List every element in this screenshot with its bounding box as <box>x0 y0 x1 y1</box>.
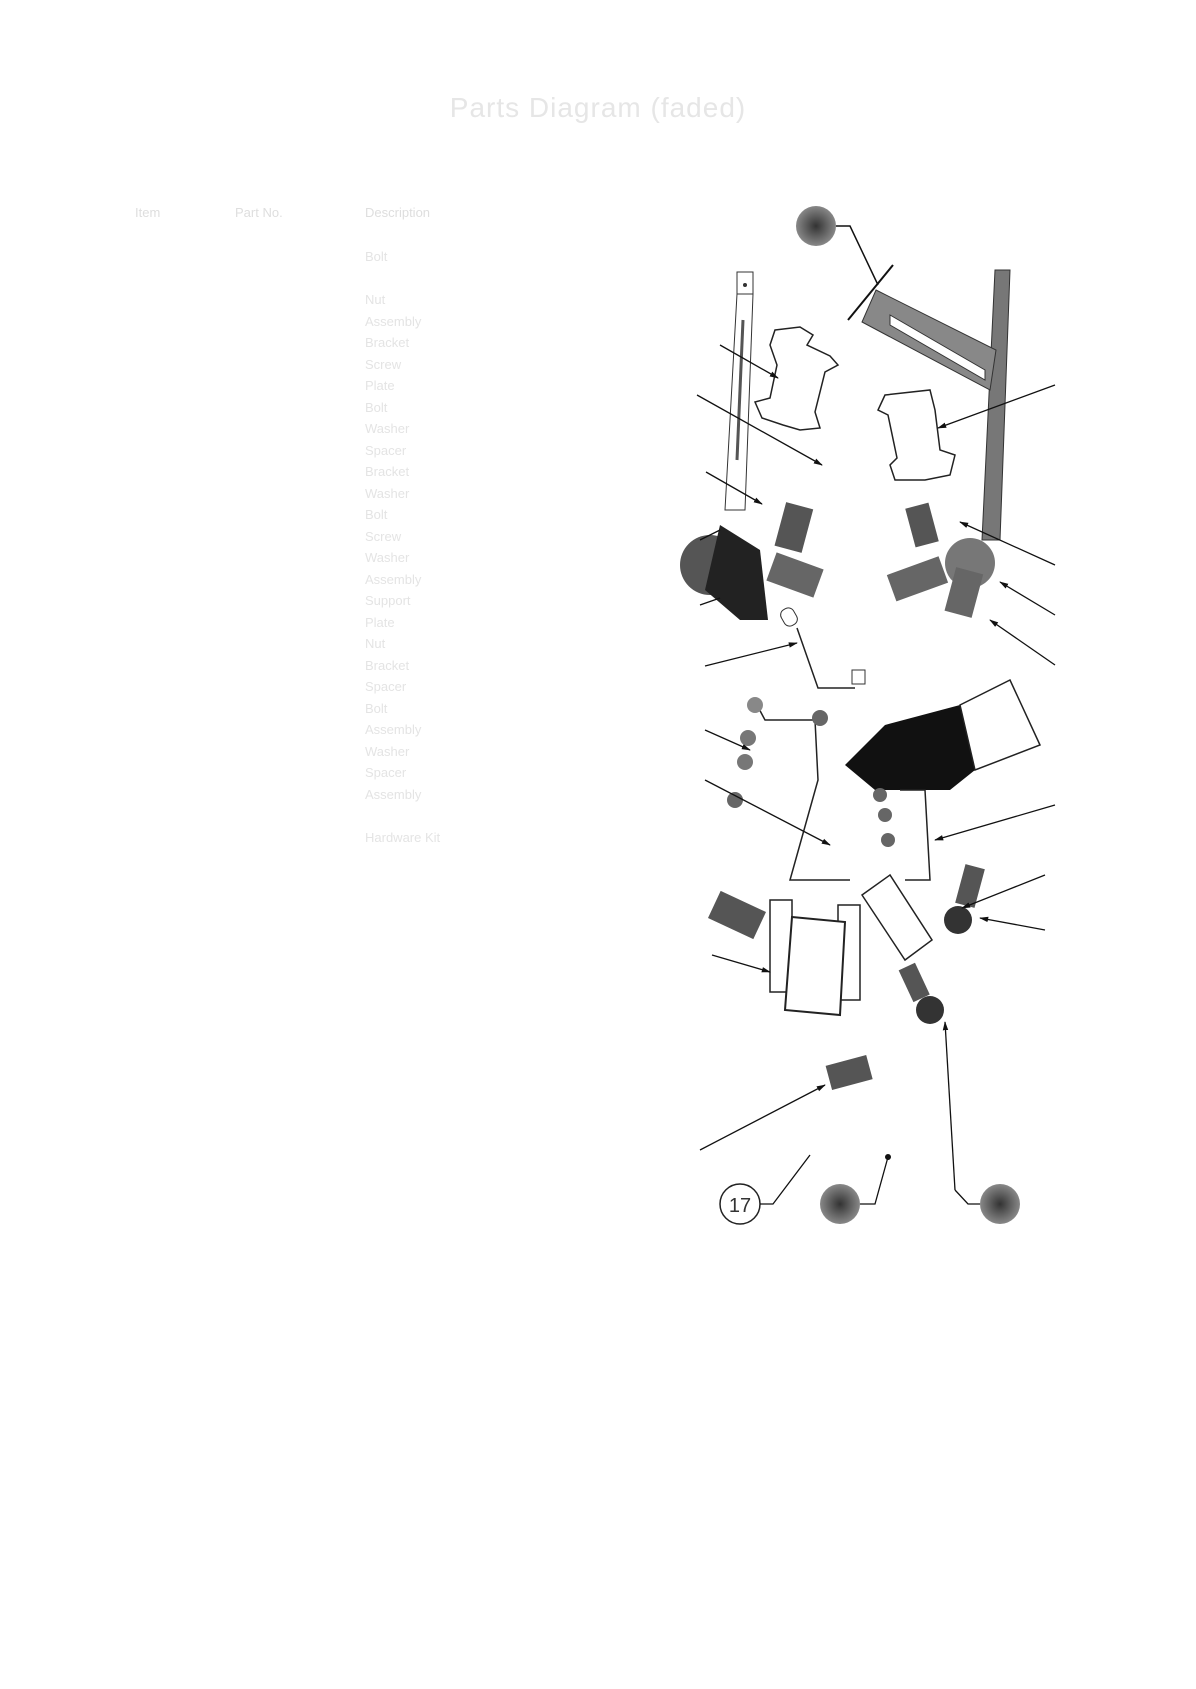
part-number <box>235 741 365 763</box>
quantity <box>575 569 635 591</box>
part-number <box>235 289 365 311</box>
description: Assembly <box>365 311 575 333</box>
part-number <box>235 612 365 634</box>
description: Spacer <box>365 440 575 462</box>
part-number <box>235 547 365 569</box>
part-number <box>235 526 365 548</box>
part-number <box>235 784 365 806</box>
quantity <box>575 375 635 397</box>
callout-balloon-top <box>796 206 878 285</box>
table-row: Bolt <box>135 504 635 526</box>
description <box>365 805 575 827</box>
part-number <box>235 827 365 849</box>
fitting-right <box>944 864 985 934</box>
table-row: Spacer <box>135 762 635 784</box>
item-number <box>135 397 235 419</box>
description: Bracket <box>365 461 575 483</box>
part-number <box>235 676 365 698</box>
description: Washer <box>365 418 575 440</box>
item-number <box>135 311 235 333</box>
description <box>365 268 575 290</box>
description: Screw <box>365 354 575 376</box>
part-number <box>235 719 365 741</box>
mounting-plate-dark <box>845 705 975 790</box>
quantity <box>575 418 635 440</box>
bracket-plate-left <box>755 327 838 430</box>
part-number <box>235 504 365 526</box>
part-number <box>235 375 365 397</box>
item-number <box>135 612 235 634</box>
item-number <box>135 461 235 483</box>
quantity <box>575 676 635 698</box>
part-number <box>235 698 365 720</box>
item-number <box>135 633 235 655</box>
quantity <box>575 590 635 612</box>
description: Bolt <box>365 246 575 268</box>
block-bottom <box>826 1055 873 1090</box>
table-row: Plate <box>135 612 635 634</box>
part-number <box>235 354 365 376</box>
description: Spacer <box>365 762 575 784</box>
item-number <box>135 762 235 784</box>
quantity <box>575 311 635 333</box>
part-number <box>235 633 365 655</box>
quantity <box>575 805 635 827</box>
item-number <box>135 741 235 763</box>
item-number <box>135 268 235 290</box>
description: Hardware Kit <box>365 827 575 849</box>
header-item: Item <box>135 205 235 220</box>
quantity <box>575 698 635 720</box>
table-row <box>135 805 635 827</box>
parts-table: Item Part No. Description BoltNutAssembl… <box>135 205 635 848</box>
table-row <box>135 268 635 290</box>
callout-balloon-bottom-right <box>955 1184 1020 1224</box>
part-number <box>235 655 365 677</box>
description: Screw <box>365 526 575 548</box>
part-number <box>235 569 365 591</box>
table-row: Screw <box>135 354 635 376</box>
description: Washer <box>365 547 575 569</box>
document-title: Parts Diagram (faded) <box>0 92 1196 124</box>
quantity <box>575 504 635 526</box>
quantity <box>575 719 635 741</box>
quantity <box>575 246 635 268</box>
table-row: Assembly <box>135 719 635 741</box>
item-number <box>135 504 235 526</box>
quantity <box>575 547 635 569</box>
item-number <box>135 590 235 612</box>
table-row: Bracket <box>135 332 635 354</box>
mounting-plate-outline <box>960 680 1040 770</box>
part-number <box>235 483 365 505</box>
quantity <box>575 268 635 290</box>
table-row: Bracket <box>135 461 635 483</box>
item-number <box>135 676 235 698</box>
callout-balloon-bottom-center <box>820 1154 891 1224</box>
bracket-plate-right <box>878 390 955 480</box>
item-number <box>135 698 235 720</box>
fastener-frame <box>727 697 895 880</box>
item-number <box>135 418 235 440</box>
quantity <box>575 633 635 655</box>
hinge-pin <box>797 628 865 688</box>
block-left <box>708 891 766 939</box>
part-number <box>235 590 365 612</box>
item-number <box>135 784 235 806</box>
table-row: Bolt <box>135 397 635 419</box>
item-number <box>135 805 235 827</box>
item-number <box>135 332 235 354</box>
header-description: Description <box>365 205 635 220</box>
part-number <box>235 440 365 462</box>
header-part-number: Part No. <box>235 205 365 220</box>
item-number <box>135 440 235 462</box>
table-row: Bracket <box>135 655 635 677</box>
quantity <box>575 354 635 376</box>
description: Spacer <box>365 676 575 698</box>
callout-17-label: 17 <box>729 1195 751 1217</box>
item-number <box>135 827 235 849</box>
description: Washer <box>365 483 575 505</box>
clamp-assembly-right <box>887 503 995 618</box>
quantity <box>575 397 635 419</box>
description: Washer <box>365 741 575 763</box>
description: Plate <box>365 612 575 634</box>
table-row: Support <box>135 590 635 612</box>
part-number <box>235 418 365 440</box>
quantity <box>575 289 635 311</box>
part-number <box>235 332 365 354</box>
table-row: Assembly <box>135 569 635 591</box>
item-number <box>135 719 235 741</box>
item-number <box>135 246 235 268</box>
part-number <box>235 805 365 827</box>
table-row: Screw <box>135 526 635 548</box>
slotted-bar <box>725 272 753 510</box>
description: Bolt <box>365 698 575 720</box>
side-bracket <box>900 790 930 880</box>
description: Bolt <box>365 397 575 419</box>
part-number <box>235 762 365 784</box>
table-header: Item Part No. Description <box>135 205 635 220</box>
quantity <box>575 762 635 784</box>
exploded-parts-diagram: 17 <box>640 190 1060 1250</box>
quantity <box>575 461 635 483</box>
quantity <box>575 483 635 505</box>
table-body: BoltNutAssemblyBracketScrewPlateBoltWash… <box>135 246 635 848</box>
description: Assembly <box>365 784 575 806</box>
part-number <box>235 246 365 268</box>
quantity <box>575 612 635 634</box>
description: Assembly <box>365 719 575 741</box>
item-number <box>135 547 235 569</box>
quantity <box>575 526 635 548</box>
clamp-assembly-left <box>680 502 824 628</box>
table-row: Hardware Kit <box>135 827 635 849</box>
quantity <box>575 741 635 763</box>
description: Bracket <box>365 655 575 677</box>
description: Support <box>365 590 575 612</box>
table-row: Assembly <box>135 311 635 333</box>
table-row: Assembly <box>135 784 635 806</box>
item-number <box>135 375 235 397</box>
description: Plate <box>365 375 575 397</box>
part-number <box>235 397 365 419</box>
table-row: Plate <box>135 375 635 397</box>
table-row: Spacer <box>135 440 635 462</box>
table-row: Washer <box>135 418 635 440</box>
table-row: Spacer <box>135 676 635 698</box>
quantity <box>575 332 635 354</box>
table-row: Nut <box>135 289 635 311</box>
callout-17: 17 <box>720 1155 810 1224</box>
description: Bolt <box>365 504 575 526</box>
table-row: Bolt <box>135 698 635 720</box>
item-number <box>135 526 235 548</box>
item-number <box>135 289 235 311</box>
item-number <box>135 483 235 505</box>
part-number <box>235 311 365 333</box>
description: Assembly <box>365 569 575 591</box>
fitting-bottom <box>899 963 944 1024</box>
quantity <box>575 440 635 462</box>
item-number <box>135 655 235 677</box>
part-number <box>235 268 365 290</box>
table-row: Washer <box>135 741 635 763</box>
description: Bracket <box>365 332 575 354</box>
table-row: Bolt <box>135 246 635 268</box>
item-number <box>135 569 235 591</box>
quantity <box>575 784 635 806</box>
housing <box>770 900 860 1015</box>
item-number <box>135 354 235 376</box>
part-number <box>235 461 365 483</box>
cover-plate <box>862 875 932 960</box>
table-row: Nut <box>135 633 635 655</box>
description: Nut <box>365 633 575 655</box>
description: Nut <box>365 289 575 311</box>
table-row: Washer <box>135 547 635 569</box>
quantity <box>575 655 635 677</box>
table-row: Washer <box>135 483 635 505</box>
quantity <box>575 827 635 849</box>
